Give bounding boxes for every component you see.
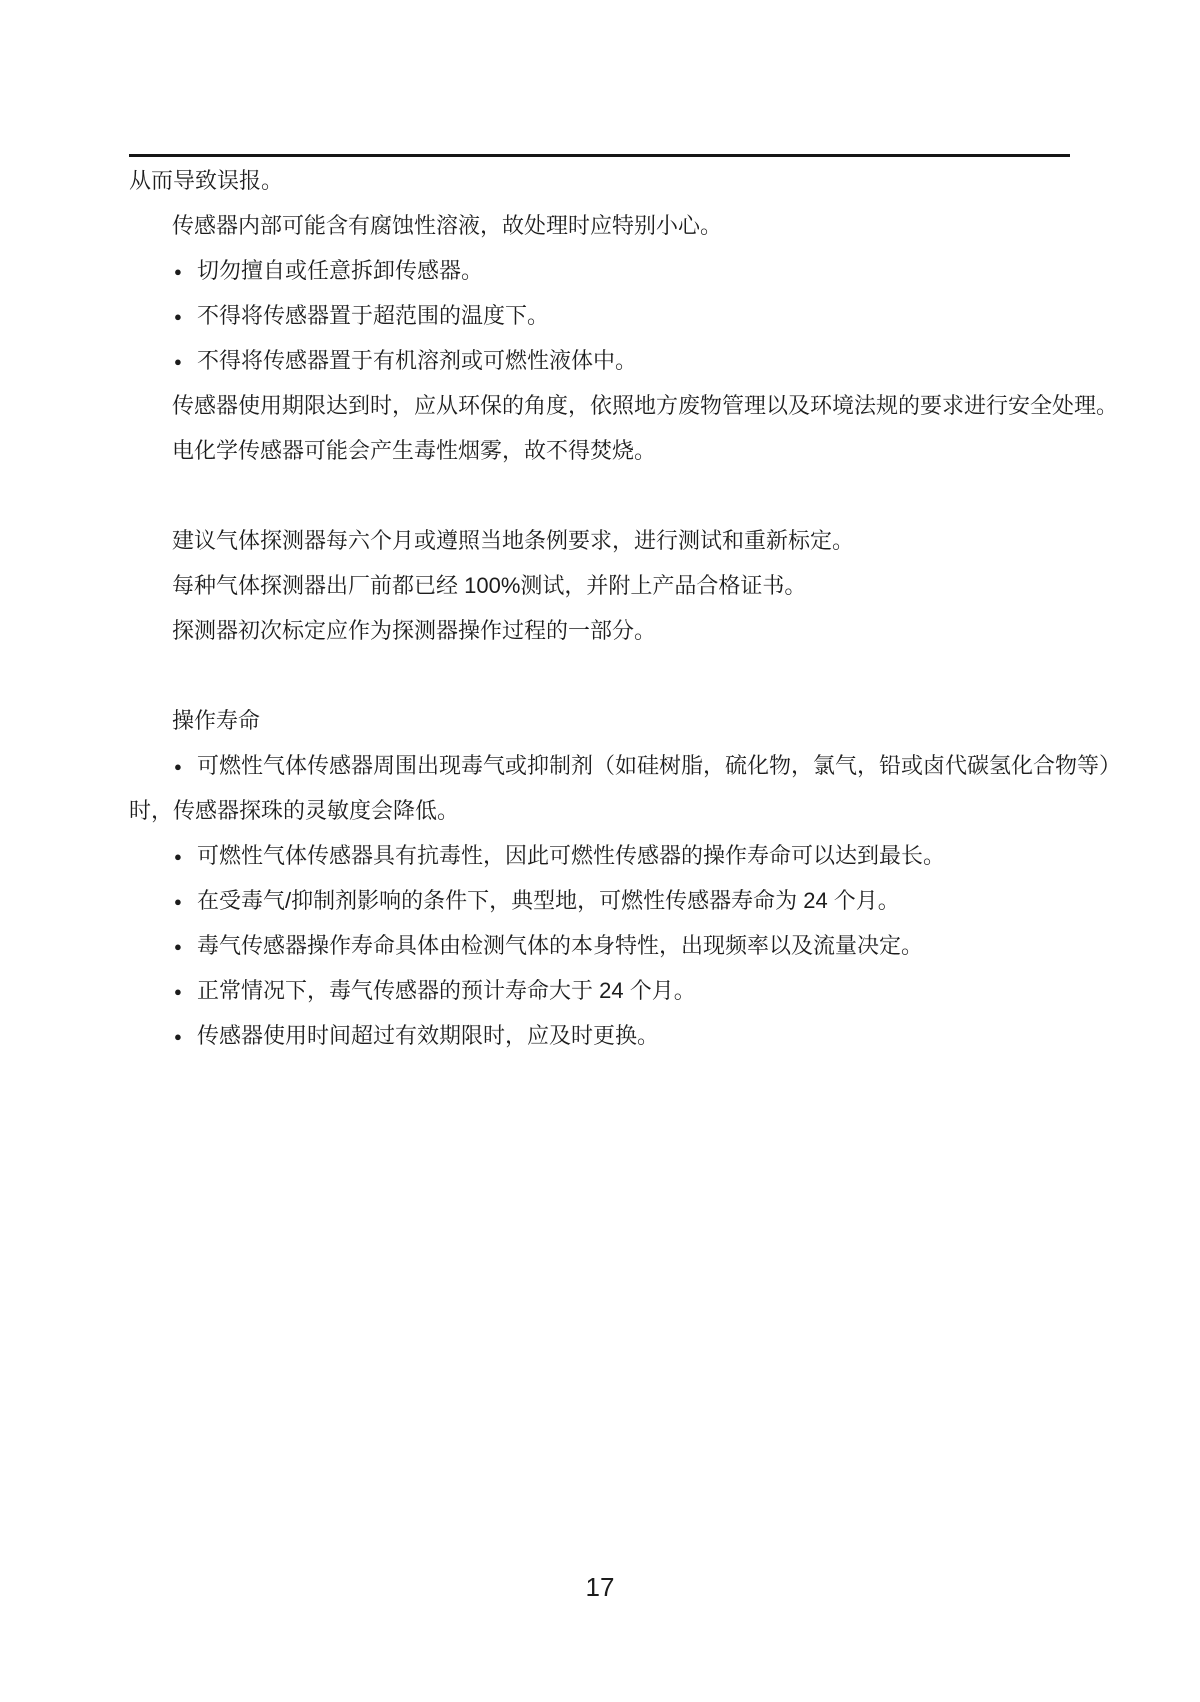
bullet-icon: ● [174, 924, 197, 969]
bullet-item: ●传感器使用时间超过有效期限时，应及时更换。 [129, 1013, 1070, 1058]
bullet-text: 毒气传感器操作寿命具体由检测气体的本身特性，出现频率以及流量决定。 [197, 933, 923, 958]
bullet-icon: ● [174, 1014, 197, 1059]
bullet-text: 正常情况下，毒气传感器的预计寿命大于 24 个月。 [197, 978, 696, 1003]
paragraph-text: 从而导致误报。 [129, 168, 283, 193]
bullet-icon: ● [174, 834, 197, 879]
page-body: 从而导致误报。传感器内部可能含有腐蚀性溶液，故处理时应特别小心。●切勿擅自或任意… [129, 154, 1070, 1058]
paragraph-text: 建议气体探测器每六个月或遵照当地条例要求，进行测试和重新标定。 [172, 528, 854, 553]
paragraph-line: 传感器内部可能含有腐蚀性溶液，故处理时应特别小心。 [129, 203, 1070, 248]
bullet-item: ●不得将传感器置于超范围的温度下。 [129, 293, 1070, 338]
bullet-text: 可燃性气体传感器周围出现毒气或抑制剂（如硅树脂，硫化物，氯气，铅或卤代碳氢化合物… [197, 753, 1121, 778]
paragraph-line: 时，传感器探珠的灵敏度会降低。 [129, 788, 1070, 833]
bullet-text: 不得将传感器置于超范围的温度下。 [197, 303, 549, 328]
section-heading: 操作寿命 [129, 698, 1070, 743]
bullet-text: 可燃性气体传感器具有抗毒性，因此可燃性传感器的操作寿命可以达到最长。 [197, 843, 945, 868]
bullet-icon: ● [174, 969, 197, 1014]
bullet-text: 不得将传感器置于有机溶剂或可燃性液体中。 [197, 348, 637, 373]
bullet-icon: ● [174, 249, 197, 294]
bullet-item: ●切勿擅自或任意拆卸传感器。 [129, 248, 1070, 293]
bullet-item: ●毒气传感器操作寿命具体由检测气体的本身特性，出现频率以及流量决定。 [129, 923, 1070, 968]
bullet-text: 切勿擅自或任意拆卸传感器。 [197, 258, 483, 283]
bullet-icon: ● [174, 744, 197, 789]
paragraph-text: 时，传感器探珠的灵敏度会降低。 [129, 798, 459, 823]
paragraph-line: 传感器使用期限达到时，应从环保的角度，依照地方废物管理以及环境法规的要求进行安全… [129, 383, 1070, 428]
bullet-item: ●正常情况下，毒气传感器的预计寿命大于 24 个月。 [129, 968, 1070, 1013]
bullet-icon: ● [174, 294, 197, 339]
header-divider [129, 154, 1070, 157]
bullet-icon: ● [174, 879, 197, 924]
paragraph-text: 传感器内部可能含有腐蚀性溶液，故处理时应特别小心。 [172, 213, 722, 238]
paragraph-text: 传感器使用期限达到时，应从环保的角度，依照地方废物管理以及环境法规的要求进行安全… [172, 393, 1118, 418]
page-number: 17 [0, 1572, 1200, 1603]
bullet-item: ●在受毒气/抑制剂影响的条件下，典型地，可燃性传感器寿命为 24 个月。 [129, 878, 1070, 923]
paragraph-text: 电化学传感器可能会产生毒性烟雾，故不得焚烧。 [172, 438, 656, 463]
paragraph-line: 从而导致误报。 [129, 158, 1070, 203]
paragraph-line: 建议气体探测器每六个月或遵照当地条例要求，进行测试和重新标定。 [129, 518, 1070, 563]
paragraph-line: 每种气体探测器出厂前都已经 100%测试，并附上产品合格证书。 [129, 563, 1070, 608]
text-lines: 从而导致误报。传感器内部可能含有腐蚀性溶液，故处理时应特别小心。●切勿擅自或任意… [129, 158, 1070, 1058]
bullet-icon: ● [174, 339, 197, 384]
paragraph-text: 探测器初次标定应作为探测器操作过程的一部分。 [172, 618, 656, 643]
paragraph-line: 电化学传感器可能会产生毒性烟雾，故不得焚烧。 [129, 428, 1070, 473]
bullet-item: ●不得将传感器置于有机溶剂或可燃性液体中。 [129, 338, 1070, 383]
bullet-item: ●可燃性气体传感器具有抗毒性，因此可燃性传感器的操作寿命可以达到最长。 [129, 833, 1070, 878]
bullet-text: 传感器使用时间超过有效期限时，应及时更换。 [197, 1023, 659, 1048]
paragraph-line: 探测器初次标定应作为探测器操作过程的一部分。 [129, 608, 1070, 653]
paragraph-text: 操作寿命 [172, 708, 260, 733]
bullet-item: ●可燃性气体传感器周围出现毒气或抑制剂（如硅树脂，硫化物，氯气，铅或卤代碳氢化合… [129, 743, 1070, 788]
blank-line [129, 653, 1070, 698]
bullet-text: 在受毒气/抑制剂影响的条件下，典型地，可燃性传感器寿命为 24 个月。 [197, 888, 900, 913]
blank-line [129, 473, 1070, 518]
paragraph-text: 每种气体探测器出厂前都已经 100%测试，并附上产品合格证书。 [172, 573, 806, 598]
